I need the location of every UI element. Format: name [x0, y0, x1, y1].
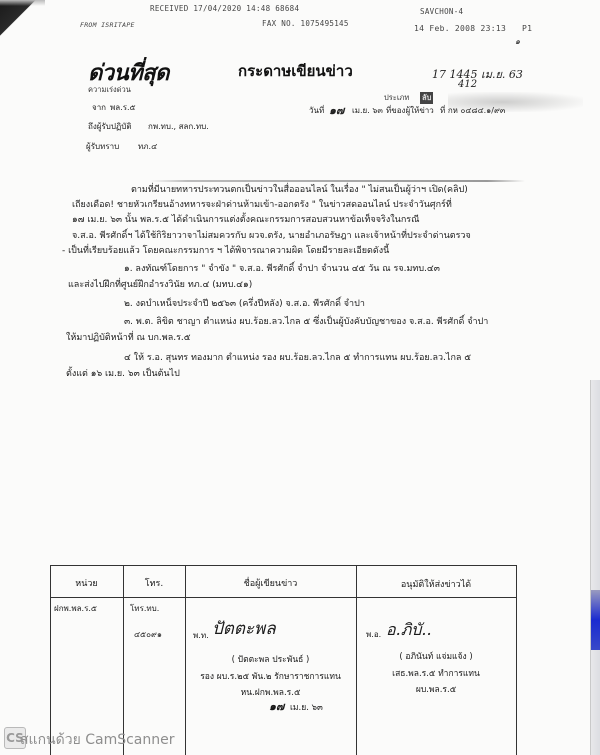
reference-value: ที่ กห ๐๔๘๔.๑/๙๓: [440, 104, 505, 117]
scan-edge-blue: [591, 590, 600, 650]
table-border-right: [516, 565, 517, 755]
fax-page: P1: [522, 24, 532, 33]
stamp-handwriting-time: 17 1445 เม.ย. 63: [432, 65, 523, 83]
body-item-3: ๓. พ.ต. ลิขิต ชาญา ตำแหน่ง ผบ.ร้อย.ลว.ไก…: [124, 315, 488, 331]
table-header-divider: [50, 597, 517, 598]
signature-table: หน่วย โทร. ชื่อผู้เขียนข่าว อนุมัติให้ส่…: [50, 565, 517, 755]
body-line-5: - เป็นที่เรียบร้อยแล้ว โดยคณะกรรมการ ฯ ไ…: [62, 244, 389, 260]
body-item-1-cont: และส่งไปฝึกที่ศูนย์ฝึกอำรงวินัย ทภ.๔ (มท…: [68, 278, 252, 294]
scan-edge: [590, 380, 600, 755]
writer-name: ( ปัตตะพล ประพันธ์ ): [185, 652, 356, 666]
classification-value: ลับ: [420, 92, 433, 104]
from-value: พล.ร.๕: [110, 101, 136, 114]
date-label: วันที่: [309, 104, 324, 117]
classification-label: ประเภท: [384, 92, 409, 104]
fax-datetime: 14 Feb. 2008 23:13: [414, 24, 506, 33]
page-mark: ๑: [515, 35, 520, 48]
body-item-4-cont: ตั้งแต่ ๑๖ เม.ย. ๖๓ เป็นต้นไป: [66, 367, 180, 383]
stamp-handwriting-number: 412: [458, 79, 477, 90]
writer-rank: พ.ท.: [193, 629, 209, 642]
date-day-handwritten: ๑๗: [329, 101, 344, 119]
writer-signature: ปัตตะพล: [212, 615, 276, 642]
fax-received-line: RECEIVED 17/04/2020 14:48 68684: [150, 4, 299, 13]
phone-number: ๔๕๐๙๑: [134, 628, 162, 641]
body-item-4: ๔ ให้ ร.อ. สุนทร ทองมาก ตำแหน่ง รอง ผบ.ร…: [124, 351, 471, 367]
table-border-left: [50, 565, 51, 755]
header-unit: หน่วย: [50, 576, 123, 590]
section-divider: [150, 180, 525, 182]
urgency-label: ความเร่งด่วน: [88, 84, 131, 96]
writer-date-day: ๑๗: [269, 697, 284, 715]
header-phone: โทร.: [123, 576, 185, 590]
reference-label: ที่ของผู้ให้ข่าว: [386, 104, 434, 117]
date-value: เม.ย. ๖๓: [352, 104, 383, 117]
approver-unit: ผบ.พล.ร.๕: [356, 682, 516, 696]
fax-sender-id: SAVCHON-4: [420, 7, 463, 16]
scan-shadow-top: [0, 0, 45, 6]
body-item-1: ๑. ลงทัณฑ์โดยการ " จำขัง " จ.ส.อ. พีรศัก…: [124, 262, 440, 278]
approver-signature: อ.ภิบั..: [386, 618, 432, 643]
scan-shadow: [0, 0, 40, 48]
writer-date: เม.ย. ๖๓: [290, 700, 323, 714]
to-action-label: ถึงผู้รับปฏิบัติ: [88, 120, 132, 133]
phone-label: โทร.ทบ.: [130, 602, 159, 615]
body-line-1: ตามที่มีนายทหารประทวนตกเป็นข่าวในสื่อออน…: [131, 183, 468, 199]
to-info-value: ทภ.๔: [138, 140, 157, 153]
header-writer: ชื่อผู้เขียนข่าว: [185, 576, 356, 590]
camscanner-watermark: สแกนด้วย CamScanner: [20, 729, 175, 751]
table-col-divider-1: [123, 565, 124, 755]
from-label: จาก: [92, 101, 106, 114]
body-line-4: จ.ส.อ. พีรศักดิ์ฯ ได้ใช้กิริยาวาจาไม่สมค…: [72, 229, 471, 245]
fax-from: FROM ISRITAPE: [80, 21, 135, 29]
approver-rank: พ.อ.: [366, 628, 381, 641]
approver-position: เสธ.พล.ร.๕ ทำการแทน: [356, 666, 516, 680]
header-approver: อนุมัติให้ส่งข่าวได้: [356, 577, 516, 591]
body-line-2: เถียงเดือด! ชายหัวเกรียนอ้างทหารจะฝ่าด่า…: [72, 198, 452, 214]
body-item-2: ๒. งดบำเหน็จประจำปี ๒๕๖๓ (ครึ่งปีหลัง) จ…: [124, 297, 365, 313]
to-info-label: ผู้รับทราบ: [86, 140, 119, 153]
body-item-3-cont: ให้มาปฏิบัติหน้าที่ ณ บก.พล.ร.๕: [66, 331, 191, 347]
scanned-document: RECEIVED 17/04/2020 14:48 68684 SAVCHON-…: [0, 0, 600, 755]
table-border-top: [50, 565, 517, 566]
unit-value: ฝกพ.พล.ร.๕: [54, 602, 97, 615]
writer-position: รอง ผบ.ร.๒๕ พัน.๒ รักษาราชการแทน: [185, 669, 356, 683]
form-title: กระดาษเขียนข่าว: [238, 59, 353, 83]
to-action-value: กพ.ทบ., สลก.ทบ.: [148, 120, 209, 133]
body-line-3: ๑๗ เม.ย. ๖๓ นั้น พล.ร.๕ ได้ดำเนินการแต่ง…: [72, 213, 419, 229]
approver-name: ( อภินันท์ แจ่มแจ้ง ): [356, 649, 516, 663]
fax-number: FAX NO. 1075495145: [262, 19, 349, 28]
